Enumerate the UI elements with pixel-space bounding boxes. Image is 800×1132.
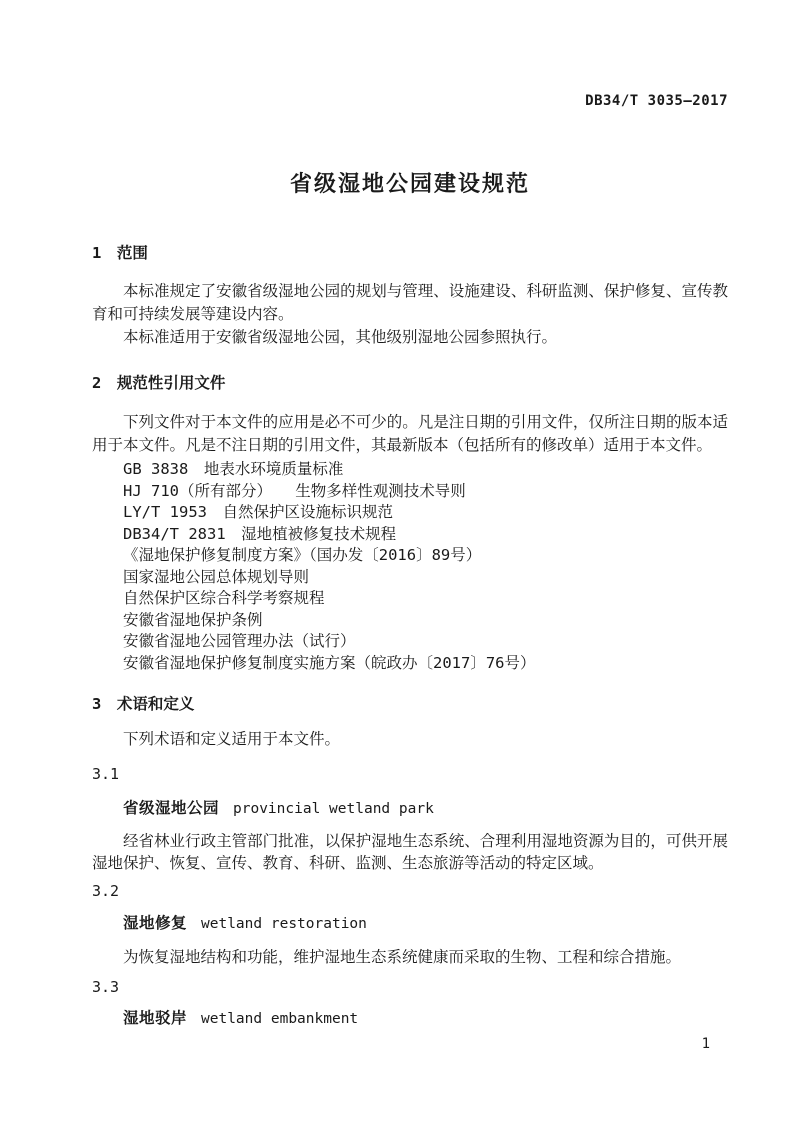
standard-number: DB34/T 3035—2017	[92, 92, 728, 110]
term-name-english: wetland restoration	[201, 916, 367, 932]
section-2-intro: 下列文件对于本文件的应用是必不可少的。凡是注日期的引用文件，仅所注日期的版本适用…	[92, 411, 728, 457]
page-content: DB34/T 3035—2017 省级湿地公园建设规范 1 范围 本标准规定了安…	[92, 0, 728, 1030]
section-2-heading: 2 规范性引用文件	[92, 373, 728, 393]
document-page: DB34/T 3035—2017 省级湿地公园建设规范 1 范围 本标准规定了安…	[0, 0, 800, 1132]
reference-item: 国家湿地公园总体规划导则	[92, 567, 728, 589]
term-heading: 湿地驳岸wetland embankment	[92, 1008, 728, 1030]
reference-item: 安徽省湿地公园管理办法（试行）	[92, 631, 728, 653]
term-definition: 为恢复湿地结构和功能，维护湿地生态系统健康而采取的生物、工程和综合措施。	[92, 946, 728, 968]
term-heading: 省级湿地公园provincial wetland park	[92, 798, 728, 820]
reference-item: HJ 710（所有部分） 生物多样性观测技术导则	[92, 481, 728, 503]
reference-item: GB 3838 地表水环境质量标准	[92, 459, 728, 481]
reference-item: 自然保护区综合科学考察规程	[92, 588, 728, 610]
reference-item: LY/T 1953 自然保护区设施标识规范	[92, 502, 728, 524]
reference-item: DB34/T 2831 湿地植被修复技术规程	[92, 524, 728, 546]
section-3-heading: 3 术语和定义	[92, 694, 728, 714]
section-1-paragraph: 本标准适用于安徽省级湿地公园，其他级别湿地公园参照执行。	[92, 326, 728, 349]
term-number: 3.1	[92, 764, 728, 784]
term-name-chinese: 湿地驳岸	[123, 1010, 187, 1027]
term-number: 3.3	[92, 977, 728, 997]
reference-item: 安徽省湿地保护修复制度实施方案（皖政办〔2017〕76号）	[92, 653, 728, 675]
term-definition: 经省林业行政主管部门批准，以保护湿地生态系统、合理利用湿地资源为目的，可供开展湿…	[92, 830, 728, 874]
section-1-heading: 1 范围	[92, 243, 728, 263]
document-title: 省级湿地公园建设规范	[92, 170, 728, 198]
term-name-english: provincial wetland park	[233, 801, 434, 817]
section-3-intro: 下列术语和定义适用于本文件。	[92, 728, 728, 751]
term-number: 3.2	[92, 881, 728, 901]
page-number: 1	[702, 1036, 710, 1052]
section-1-paragraph: 本标准规定了安徽省级湿地公园的规划与管理、设施建设、科研监测、保护修复、宣传教育…	[92, 280, 728, 326]
term-name-chinese: 省级湿地公园	[123, 800, 219, 817]
normative-references-list: GB 3838 地表水环境质量标准 HJ 710（所有部分） 生物多样性观测技术…	[92, 459, 728, 674]
reference-item: 安徽省湿地保护条例	[92, 610, 728, 632]
term-name-english: wetland embankment	[201, 1011, 358, 1027]
term-heading: 湿地修复wetland restoration	[92, 913, 728, 935]
reference-item: 《湿地保护修复制度方案》（国办发〔2016〕89号）	[92, 545, 728, 567]
term-name-chinese: 湿地修复	[123, 915, 187, 932]
